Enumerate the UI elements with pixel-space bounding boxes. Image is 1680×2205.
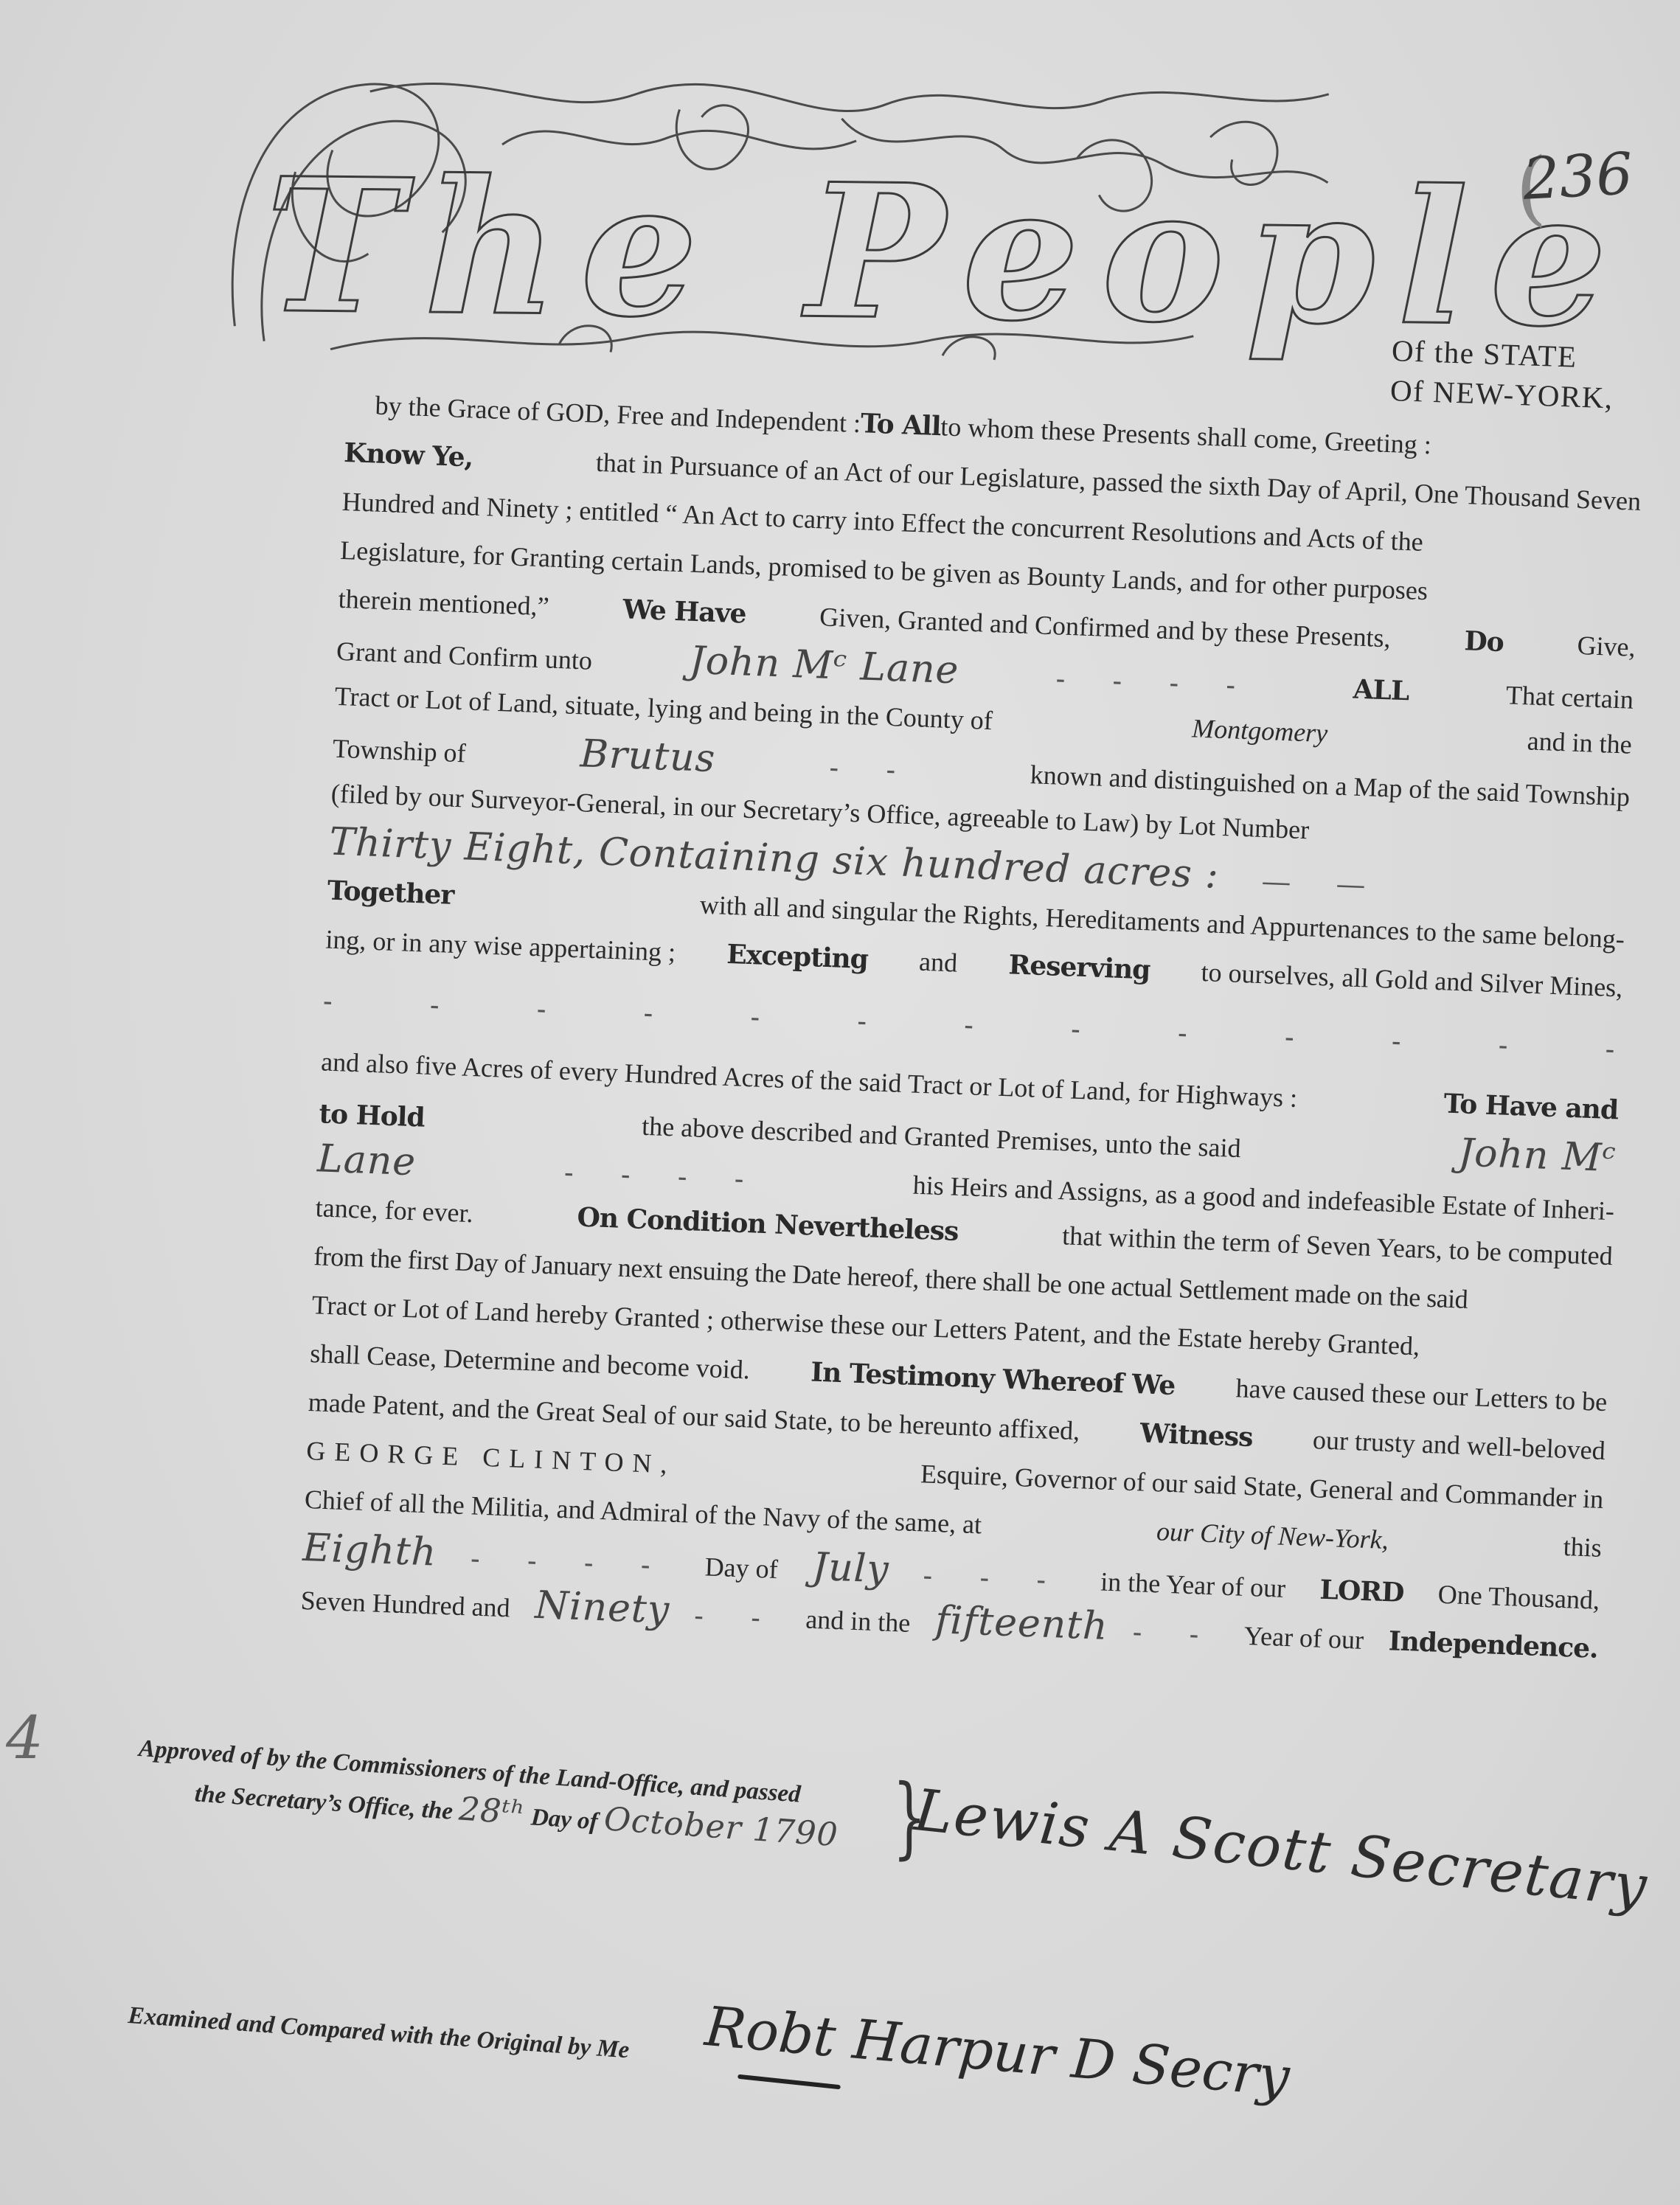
approval-block: Approved of by the Commissioners of the … [134, 1729, 875, 1860]
handwritten-approval-day: 28ᵗʰ [458, 1790, 527, 1832]
scanned-document-page: The People ( 236 Of the STATE Of NEW-YOR… [0, 0, 1680, 2205]
patent-body-text: by the Grace of GOD, Free and Independen… [300, 380, 1644, 1670]
examined-statement: Examined and Compared with the Original … [127, 2002, 630, 2064]
state-heading-line-2: Of NEW-YORK, [1389, 370, 1614, 418]
title-the-people: The People [264, 150, 1343, 353]
page-number: 236 [1521, 141, 1634, 213]
handwritten-day: Eighth [302, 1524, 437, 1577]
handwritten-year: Ninety [534, 1581, 670, 1635]
deputy-secretary-signature: Robt Harpur D Secry [703, 1995, 1292, 2109]
handwritten-month: July [811, 1543, 890, 1594]
handwritten-grantee-name: John Mᶜ [1457, 1128, 1617, 1183]
signature-underline [737, 2074, 841, 2090]
ornamental-title: The People [220, 60, 1351, 367]
margin-note: 4 [6, 1704, 44, 1772]
handwritten-independence-year: fifteenth [934, 1596, 1109, 1651]
secretary-signature: Lewis A Scott Secretary [912, 1777, 1651, 1920]
state-heading: Of the STATE Of NEW-YORK, [1389, 330, 1615, 417]
handwritten-township: Brutus [579, 729, 716, 783]
